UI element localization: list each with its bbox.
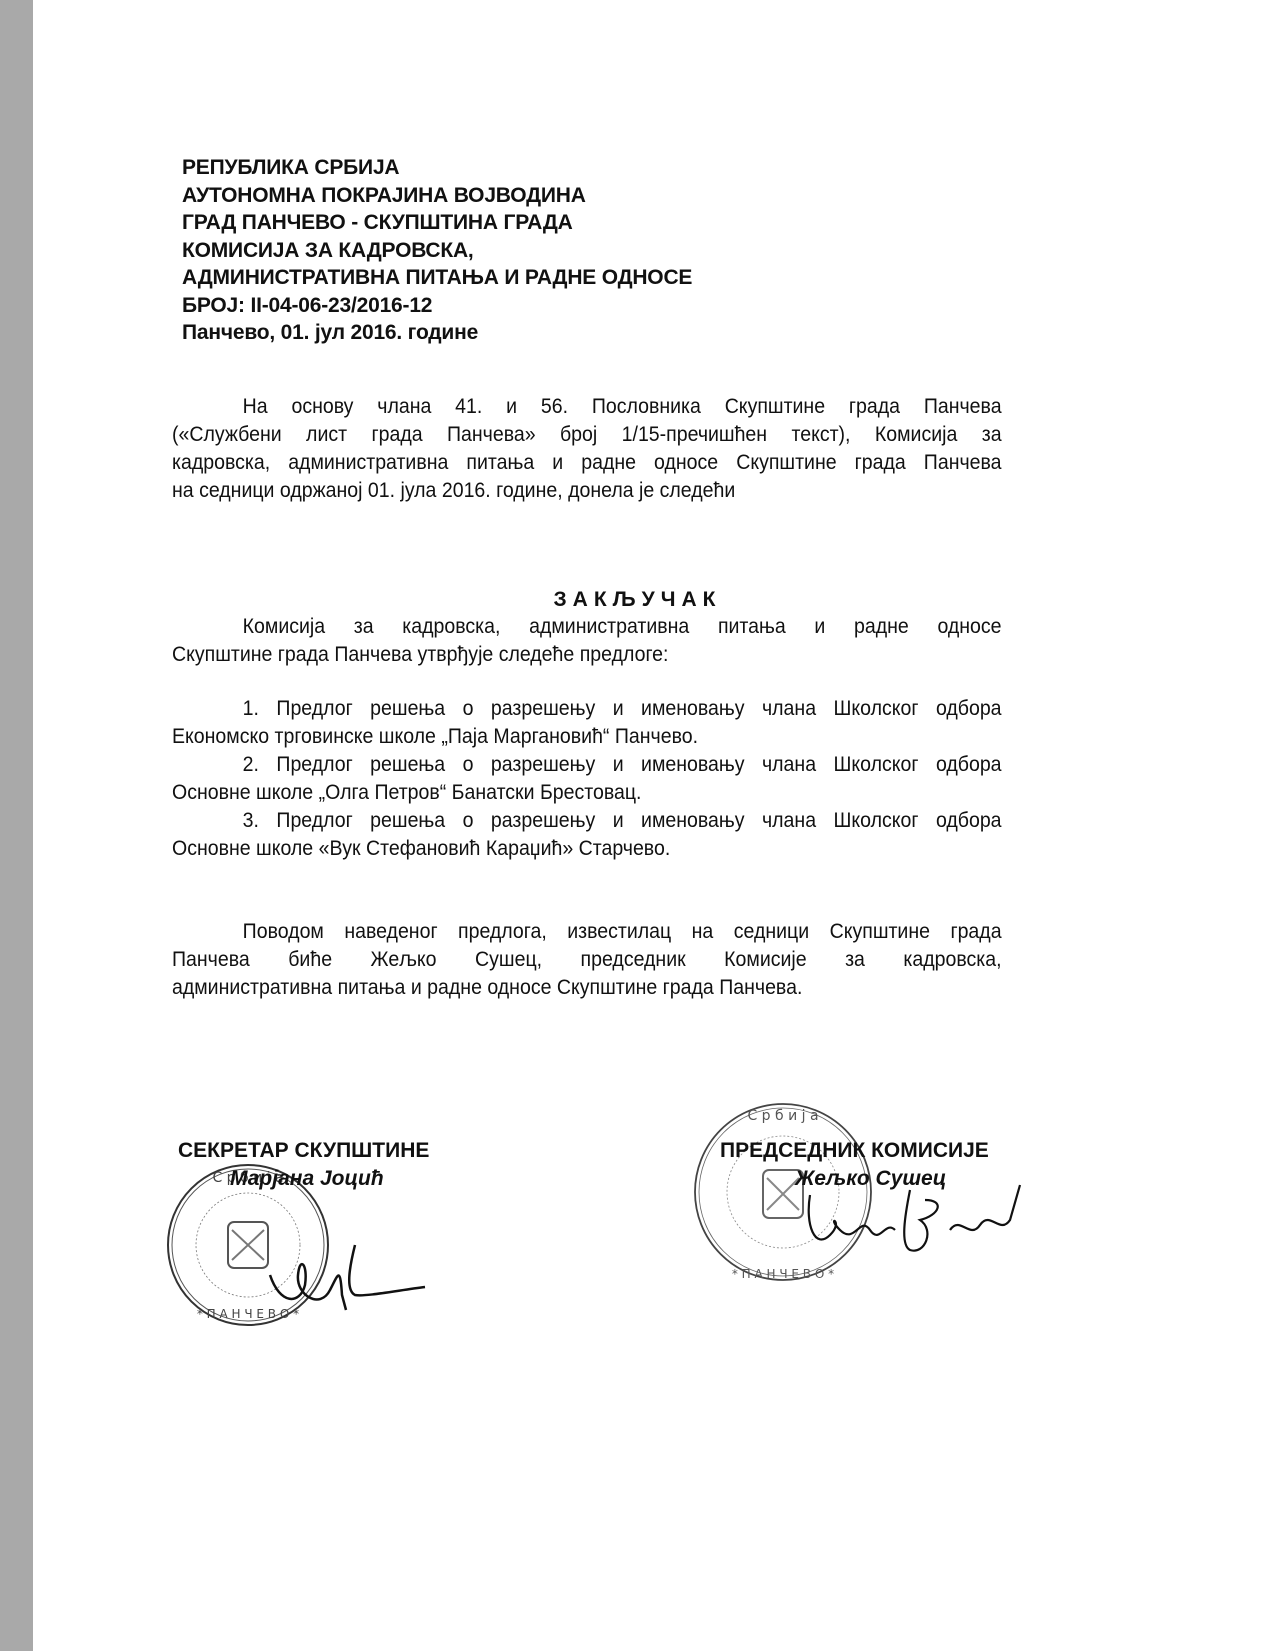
signature-block-left: СЕКРЕТАР СКУПШТИНЕ Марјана Јоцић — [178, 1139, 429, 1191]
header-line: ГРАД ПАНЧЕВО - СКУПШТИНА ГРАДА — [182, 209, 692, 237]
signature-block-right: ПРЕДСЕДНИК КОМИСИЈЕ Жељко Сушец — [720, 1139, 989, 1191]
intro-line: на седници одржаној 01. јула 2016. годин… — [172, 477, 1002, 505]
document-header: РЕПУБЛИКА СРБИЈА АУТОНОМНА ПОКРАЈИНА ВОЈ… — [182, 154, 692, 347]
intro-line: («Службени лист града Панчева» број 1/15… — [172, 421, 1002, 449]
proposal-item: Економско трговинске школе „Паја Маргано… — [172, 723, 1002, 751]
header-line: АДМИНИСТРАТИВНА ПИТАЊА И РАДНЕ ОДНОСЕ — [182, 264, 692, 292]
closing-line: административна питања и радне односе Ск… — [172, 974, 1002, 1002]
closing-line: Поводом наведеног предлога, известилац н… — [172, 918, 1002, 946]
svg-text:С р б и ј а: С р б и ј а — [747, 1108, 818, 1124]
proposal-item: Основне школе «Вук Стефановић Караџић» С… — [172, 835, 1002, 863]
document-number: БРОЈ: II-04-06-23/2016-12 — [182, 292, 692, 320]
signatory-name: Жељко Сушец — [720, 1167, 989, 1191]
header-line: АУТОНОМНА ПОКРАЈИНА ВОЈВОДИНА — [182, 182, 692, 210]
scan-edge — [0, 0, 33, 1651]
document-date: Панчево, 01. јул 2016. године — [182, 319, 692, 347]
intro-line: На основу члана 41. и 56. Пословника Ску… — [172, 393, 1002, 421]
header-line: РЕПУБЛИКА СРБИЈА — [182, 154, 692, 182]
signatory-role: ПРЕДСЕДНИК КОМИСИЈЕ — [720, 1139, 989, 1162]
body-line: Комисија за кадровска, административна п… — [172, 613, 1002, 641]
intro-paragraph: На основу члана 41. и 56. Пословника Ску… — [172, 393, 1002, 505]
body-line: Скупштине града Панчева утврђује следеће… — [172, 641, 1002, 669]
document-title: ЗАКЉУЧАК — [0, 588, 1275, 612]
proposal-item: 3. Предлог решења о разрешењу и именовањ… — [172, 807, 1002, 835]
proposal-item: 1. Предлог решења о разрешењу и именовањ… — [172, 695, 1002, 723]
signatory-role: СЕКРЕТАР СКУПШТИНЕ — [178, 1139, 429, 1162]
body-paragraph: Комисија за кадровска, административна п… — [172, 613, 1002, 669]
proposal-item: 2. Предлог решења о разрешењу и именовањ… — [172, 751, 1002, 779]
svg-text:* П А Н Ч Е В О *: * П А Н Ч Е В О * — [732, 1267, 834, 1281]
closing-paragraph: Поводом наведеног предлога, известилац н… — [172, 918, 1002, 1002]
proposal-item: Основне школе „Олга Петров“ Банатски Бре… — [172, 779, 1002, 807]
signatory-name: Марјана Јоцић — [178, 1167, 429, 1191]
signature-left-icon — [260, 1235, 430, 1315]
header-line: КОМИСИЈА ЗА КАДРОВСКА, — [182, 237, 692, 265]
proposal-list: 1. Предлог решења о разрешењу и именовањ… — [172, 695, 1002, 863]
intro-line: кадровска, административна питања и радн… — [172, 449, 1002, 477]
closing-line: Панчева биће Жељко Сушец, председник Ком… — [172, 946, 1002, 974]
